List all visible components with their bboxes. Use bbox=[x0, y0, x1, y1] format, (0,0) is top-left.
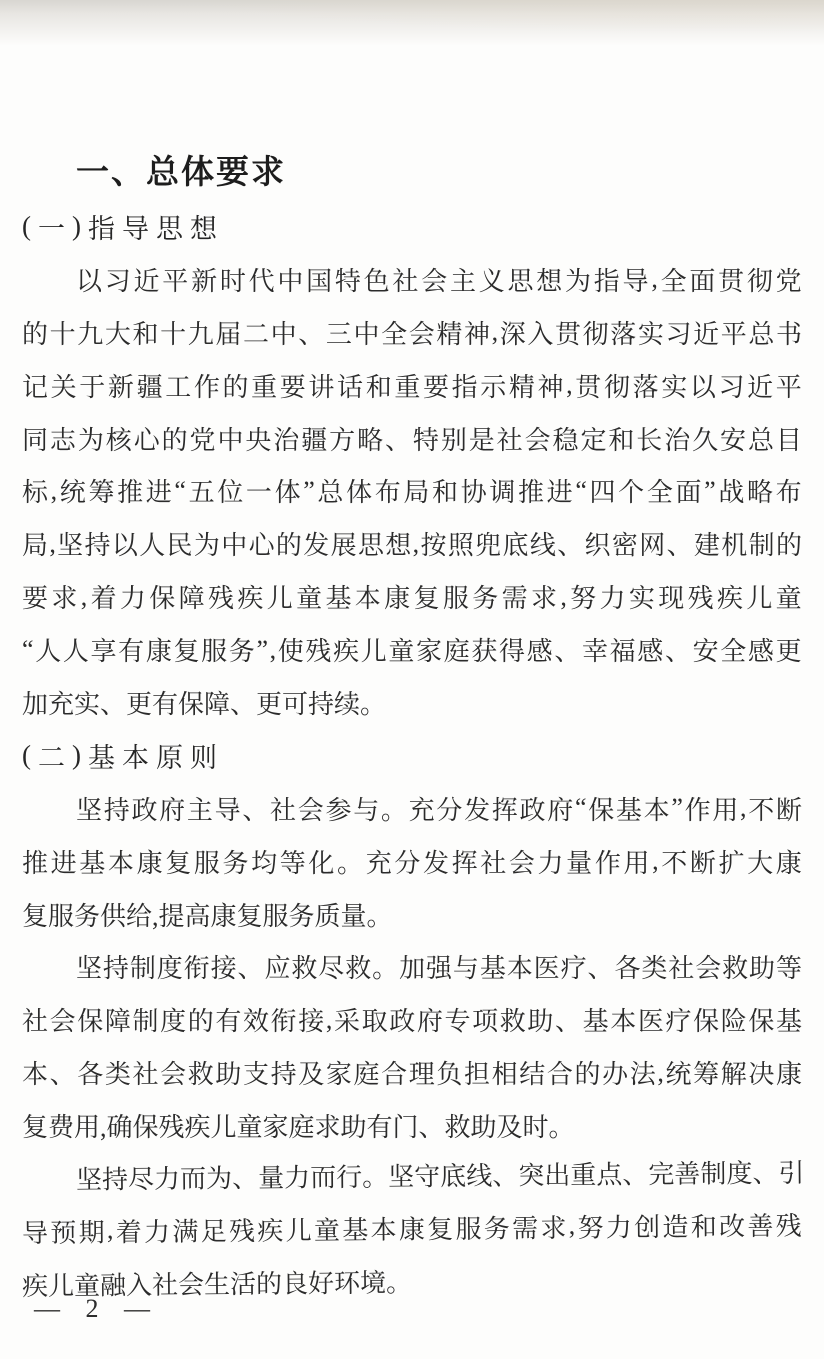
text-line: 记关于新疆工作的重要讲话和重要指示精神,贯彻落实以习近平 bbox=[22, 359, 802, 412]
text-line: “人人享有康复服务”,使残疾儿童家庭获得感、幸福感、安全感更 bbox=[22, 623, 802, 676]
text-line: 标,统筹推进“五位一体”总体布局和协调推进“四个全面”战略布 bbox=[22, 464, 802, 517]
text-line: 社会保障制度的有效衔接,采取政府专项救助、基本医疗保险保基 bbox=[22, 993, 802, 1046]
text-line: 以习近平新时代中国特色社会主义思想为指导,全面贯彻党 bbox=[22, 253, 802, 306]
text-line: 同志为核心的党中央治疆方略、特别是社会稳定和长治久安总目 bbox=[22, 412, 802, 465]
text-line: 坚持制度衔接、应救尽救。加强与基本医疗、各类社会救助等 bbox=[22, 940, 802, 993]
text-line: 复费用,确保残疾儿童家庭求助有门、救助及时。 bbox=[22, 1099, 802, 1152]
document-body: (一)指导思想以习近平新时代中国特色社会主义思想为指导,全面贯彻党的十九大和十九… bbox=[22, 200, 802, 1311]
page-number-footer: — 2 — bbox=[34, 1294, 151, 1324]
text-line: 本、各类社会救助支持及家庭合理负担相结合的办法,统筹解决康 bbox=[22, 1046, 802, 1099]
subsection-heading: (一)指导思想 bbox=[22, 200, 802, 253]
subsection-heading: (二)基本原则 bbox=[22, 729, 802, 782]
text-line: 坚持政府主导、社会参与。充分发挥政府“保基本”作用,不断 bbox=[22, 782, 802, 835]
text-line: 复服务供给,提高康复服务质量。 bbox=[22, 888, 802, 941]
text-line: 加充实、更有保障、更可持续。 bbox=[22, 676, 802, 729]
text-line: 坚持尽力而为、量力而行。坚守底线、突出重点、完善制度、引 bbox=[22, 1145, 802, 1205]
scanned-document-page: 一、总体要求 (一)指导思想以习近平新时代中国特色社会主义思想为指导,全面贯彻党… bbox=[0, 0, 824, 1359]
text-line: 局,坚持以人民为中心的发展思想,按照兜底线、织密网、建机制的 bbox=[22, 517, 802, 570]
text-line: 要求,着力保障残疾儿童基本康复服务需求,努力实现残疾儿童 bbox=[22, 570, 802, 623]
section-heading: 一、总体要求 bbox=[76, 146, 286, 193]
text-line: 推进基本康复服务均等化。充分发挥社会力量作用,不断扩大康 bbox=[22, 835, 802, 888]
scan-top-edge-shadow bbox=[0, 0, 824, 46]
text-line: 导预期,着力满足残疾儿童基本康复服务需求,努力创造和改善残 bbox=[22, 1198, 802, 1258]
text-line: 的十九大和十九届二中、三中全会精神,深入贯彻落实习近平总书 bbox=[22, 306, 802, 359]
